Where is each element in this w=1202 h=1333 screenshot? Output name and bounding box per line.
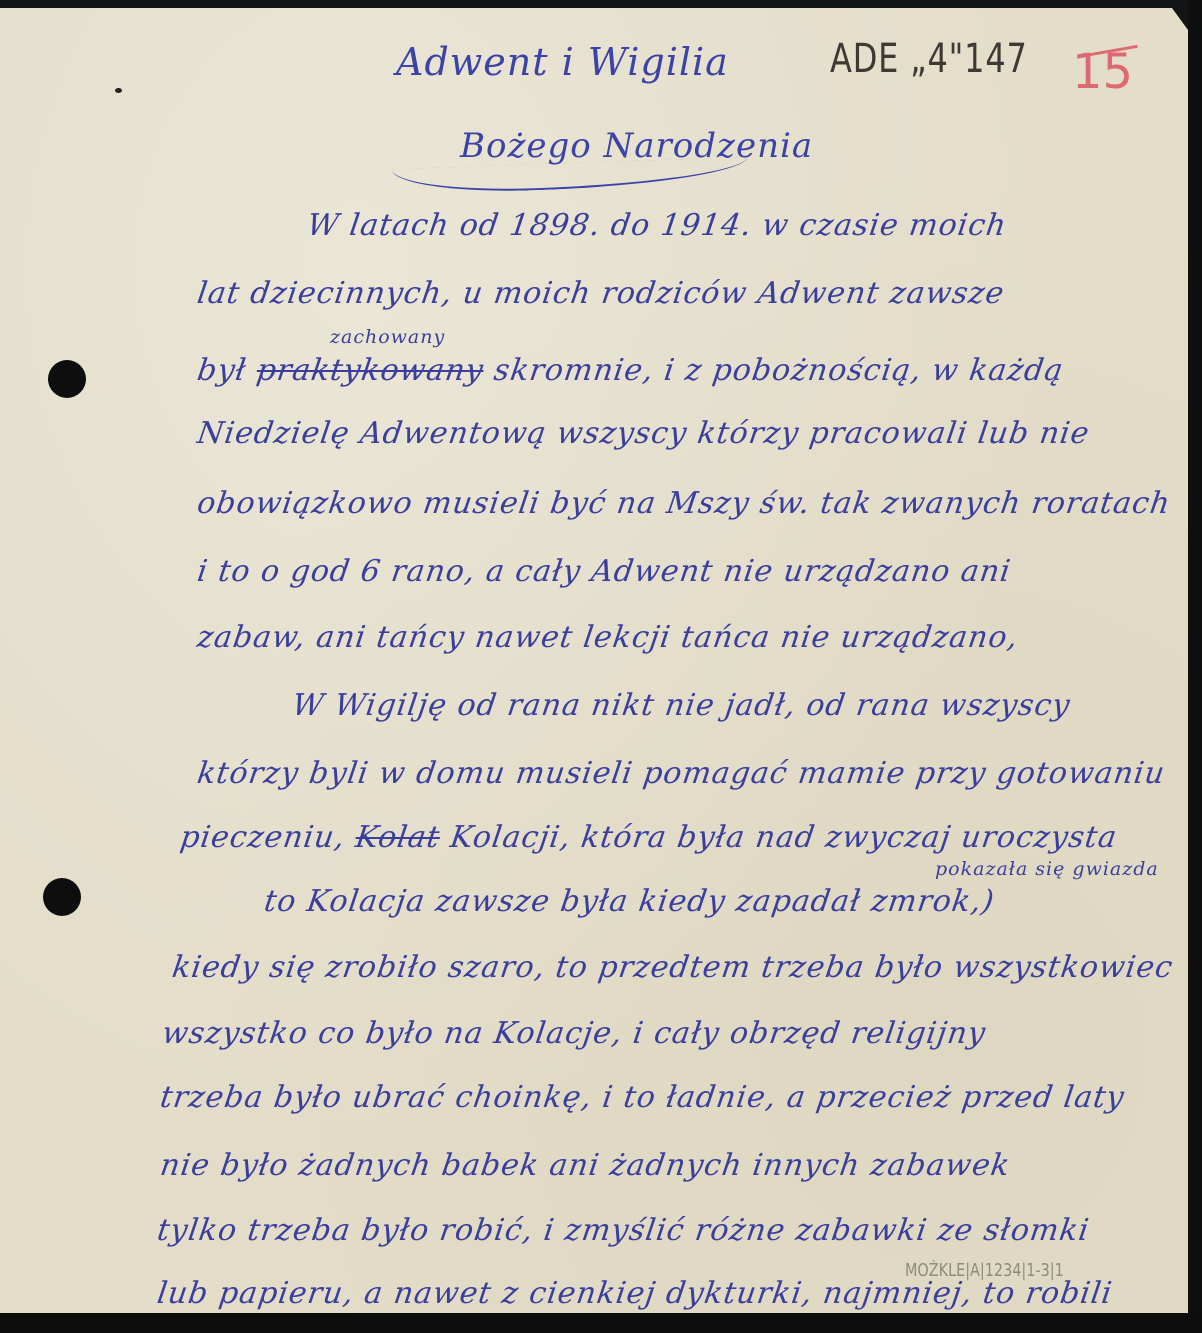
title-underline — [392, 157, 749, 195]
text-line-15: nie było żadnych babek ani żadnych innyc… — [158, 1148, 1013, 1183]
manuscript-page: Adwent i Wigilia ADE „4"147 15 Bożego Na… — [0, 8, 1188, 1313]
text-line-12: kiedy się zrobiło szaro, to przedtem trz… — [170, 950, 1175, 985]
text-line-3-end: skromnie, i z pobożnością, w każdą — [492, 353, 1066, 388]
text-line-10: pieczeniu, Kolat Kolacji, która była nad… — [178, 820, 1120, 855]
title-line-1: Adwent i Wigilia — [396, 40, 729, 84]
text-line-11: to Kolacja zawsze była kiedy zapadał zmr… — [262, 884, 997, 919]
scan-border-top — [0, 0, 1202, 8]
text-line-7: zabaw, ani tańcy nawet lekcji tańca nie … — [195, 620, 1021, 655]
text-line-11-start: to Kolacja zawsze była kiedy zapadał — [262, 884, 863, 919]
text-line-6: i to o god 6 rano, a cały Adwent nie urz… — [195, 554, 1013, 589]
struck-word: praktykowany — [254, 353, 486, 388]
punch-hole-top — [48, 360, 86, 398]
text-line-13: wszystko co było na Kolacje, i cały obrz… — [160, 1016, 988, 1051]
text-line-3-start: był — [195, 353, 249, 388]
text-line-2: lat dziecinnych, u moich rodziców Adwent… — [195, 276, 1007, 311]
text-line-5: obowiązkowo musieli być na Mszy św. tak … — [195, 486, 1173, 521]
struck-word: Kolat — [353, 820, 442, 855]
text-line-9: którzy byli w domu musieli pomagać mamie… — [195, 756, 1167, 791]
archive-pencil-stamp: MOŻKLE|A|1234|1-3|1 — [905, 1260, 1064, 1281]
punch-hole-bottom — [43, 878, 81, 916]
archival-reference: ADE „4"147 — [830, 36, 1028, 82]
text-line-16: tylko trzeba było robić, i zmyślić różne… — [155, 1213, 1092, 1248]
text-line-8: W Wigilję od rana nikt nie jadł, od rana… — [290, 688, 1073, 723]
inserted-word: zachowany — [330, 326, 445, 348]
text-line-14: trzeba było ubrać choinkę, i to ładnie, … — [158, 1080, 1127, 1115]
text-line-3: był praktykowany skromnie, i z pobożnośc… — [195, 353, 1066, 388]
page-number: 15 — [1072, 44, 1133, 100]
text-line-10-end: Kolacji, która była nad zwyczaj uroczyst… — [448, 820, 1120, 855]
scan-border-right — [1188, 0, 1202, 1333]
inserted-phrase: pokazała się gwiazda — [935, 858, 1159, 880]
text-line-4: Niedzielę Adwentową wszyscy którzy praco… — [195, 416, 1092, 451]
text-line-11-end: zmrok,) — [869, 884, 997, 919]
text-line-17: lub papieru, a nawet z cienkiej dykturki… — [155, 1276, 1115, 1311]
ink-speck — [115, 88, 122, 93]
text-line-10-start: pieczeniu, — [178, 820, 348, 855]
text-line-1: W latach od 1898. do 1914. w czasie moic… — [305, 208, 1009, 243]
scan-border-bottom — [0, 1313, 1202, 1333]
